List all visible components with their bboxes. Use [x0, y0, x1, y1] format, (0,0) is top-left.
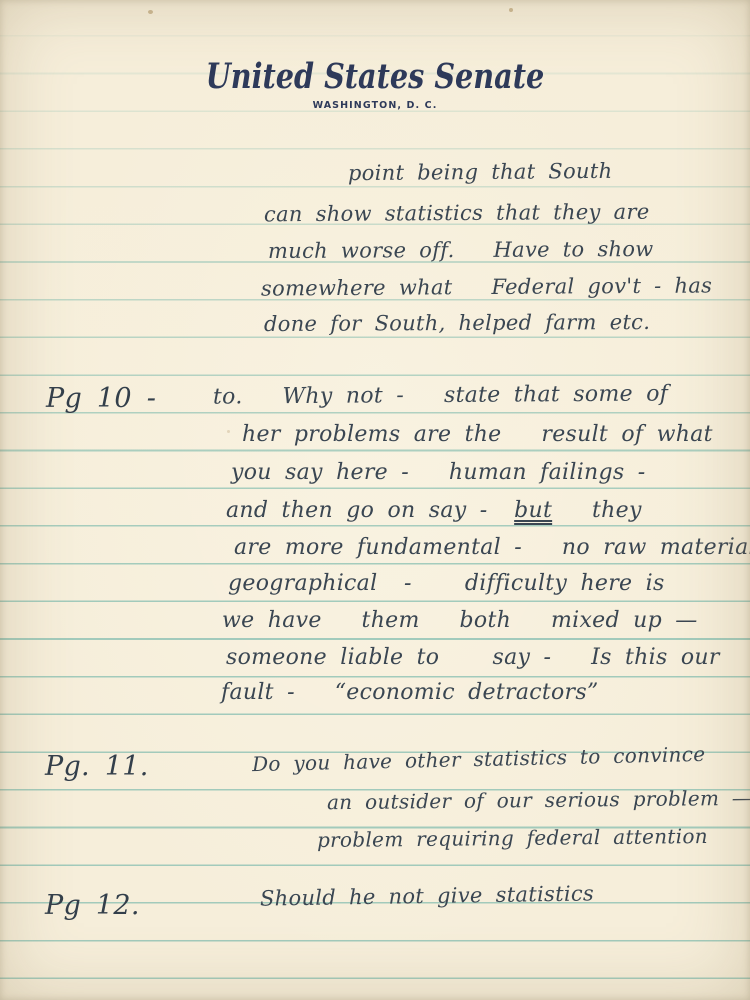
handwriting-underlined-word: but: [514, 498, 552, 523]
handwriting-line: her problems are the result of what: [242, 423, 713, 447]
letterhead-title: United States Senate: [68, 56, 683, 97]
handwriting-segment: they: [552, 498, 642, 523]
handwriting-line: geographical - difficulty here is: [228, 572, 665, 596]
handwriting-line: an outsider of our serious problem —: [327, 787, 750, 813]
handwriting-line: and then go on say - but they: [226, 499, 642, 523]
handwriting-line: are more fundamental - no raw materials,: [234, 536, 750, 560]
handwriting-line: someone liable to say - Is this our: [226, 646, 720, 670]
handwriting-line: done for South, helped farm etc.: [264, 311, 650, 336]
handwriting-line: we have them both mixed up —: [222, 609, 698, 633]
page-ref-label: Pg 10 -: [46, 384, 156, 414]
page-ref-label: Pg. 11.: [45, 752, 149, 782]
handwriting-line: problem requiring federal attention: [317, 825, 708, 851]
page-ref-label: Pg 12.: [45, 891, 140, 921]
handwriting-line: to. Why not - state that some of: [213, 382, 668, 409]
handwriting-line: fault - “economic detractors”: [221, 681, 599, 705]
handwriting-segment: and then go on say -: [226, 498, 514, 523]
handwriting-line: point being that South: [348, 160, 613, 185]
handwriting-line: somewhere what Federal gov't - has: [261, 274, 712, 300]
paper-speck: [227, 430, 230, 433]
letterhead-subtitle: WASHINGTON, D. C.: [0, 100, 750, 111]
letter-page: United States Senate WASHINGTON, D. C. p…: [0, 0, 750, 1000]
paper-speck: [509, 8, 513, 12]
paper-speck: [148, 10, 153, 14]
handwriting-line: you say here - human failings -: [231, 461, 646, 485]
handwriting-line: much worse off. Have to show: [268, 238, 654, 263]
handwriting-line: can show statistics that they are: [264, 201, 650, 227]
